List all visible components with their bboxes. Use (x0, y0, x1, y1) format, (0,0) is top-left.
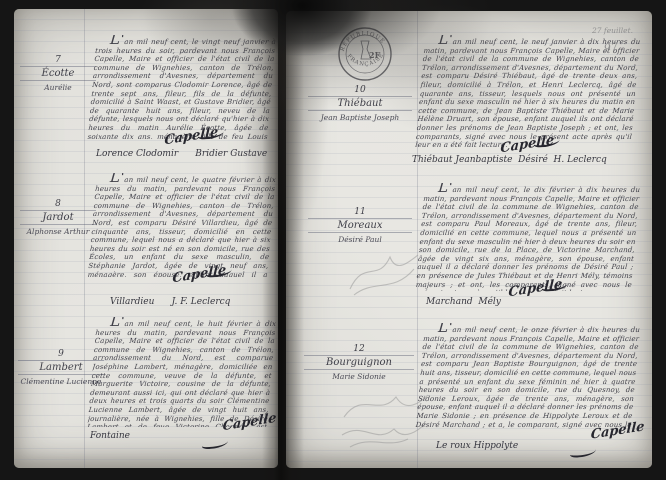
act-surname: Écotte (20, 67, 96, 81)
margin-entry-8: 8 Jardot Alphonse Arthur (20, 199, 96, 236)
act-given-names: Jean Baptiste Joseph (308, 111, 412, 122)
act-9-text: L'an mil neuf cent, le huit février à di… (87, 317, 277, 427)
witness-signatures: Thiébaut Jeanbaptiste Désiré H. Leclercq (412, 155, 607, 165)
act-number: 9 (18, 349, 104, 361)
pencil-page-number: 97 (603, 40, 619, 55)
act-number: 12 (304, 344, 414, 356)
act-given-names: Aurélie (20, 81, 96, 92)
witness-signatures: Lorence Clodomir Bridier Gustave (96, 149, 267, 159)
witness-signatures: Fontaine (90, 431, 130, 441)
act-surname: Thiébaut (308, 97, 412, 111)
margin-entry-7: 7 Écotte Aurélie (20, 55, 96, 92)
signature-swash (534, 136, 561, 148)
act-given-names: Alphonse Arthur (20, 225, 96, 236)
act-surname: Moreaux (308, 219, 412, 233)
signature-swash (202, 438, 229, 450)
signature-swash (198, 128, 225, 140)
signature-swash (570, 446, 597, 458)
act-7-text: L'an mil neuf cent, le vingt neuf janvie… (87, 35, 276, 139)
act-11-text: L'an mil neuf cent, le dix février à dix… (415, 183, 640, 291)
act-surname: Bourguignon (304, 356, 414, 370)
act-12-text: L'an mil neuf cent, le onze février à di… (415, 323, 640, 429)
right-page: RÉPUBLIQUE FRANÇAISE 2F 10 Thiébaut Jean… (286, 11, 652, 468)
margin-entry-12: 12 Bourguignon Marie Sidonie (304, 344, 414, 381)
left-page: 7 Écotte Aurélie 8 Jardot Alphonse Arthu… (14, 9, 278, 468)
signature-swash (206, 266, 233, 278)
act-given-names: Désiré Paul (308, 233, 412, 244)
act-number: 8 (20, 199, 96, 211)
margin-entry-11: 11 Moreaux Désiré Paul (308, 207, 412, 244)
witness-signatures: Villardieu J. F. Leclercq (110, 297, 230, 307)
stamp-denomination: 2F (369, 50, 381, 60)
signature-swash (542, 280, 569, 292)
act-number: 11 (308, 207, 412, 219)
act-number: 10 (308, 85, 412, 97)
act-given-names: Marie Sidonie (304, 370, 414, 381)
margin-entry-10: 10 Thiébaut Jean Baptiste Joseph (308, 85, 412, 122)
witness-signatures: Le roux Hippolyte (436, 441, 518, 451)
revenue-stamp-icon: RÉPUBLIQUE FRANÇAISE 2F (336, 25, 394, 83)
corner-folio-note: 27 feuillet. (592, 26, 633, 35)
pencil-scribble (344, 249, 424, 301)
act-surname: Jardot (20, 211, 96, 225)
register-scan-photo: 7 Écotte Aurélie 8 Jardot Alphonse Arthu… (0, 0, 666, 480)
witness-signatures: Marchand Mély (426, 297, 501, 307)
act-number: 7 (20, 55, 96, 67)
